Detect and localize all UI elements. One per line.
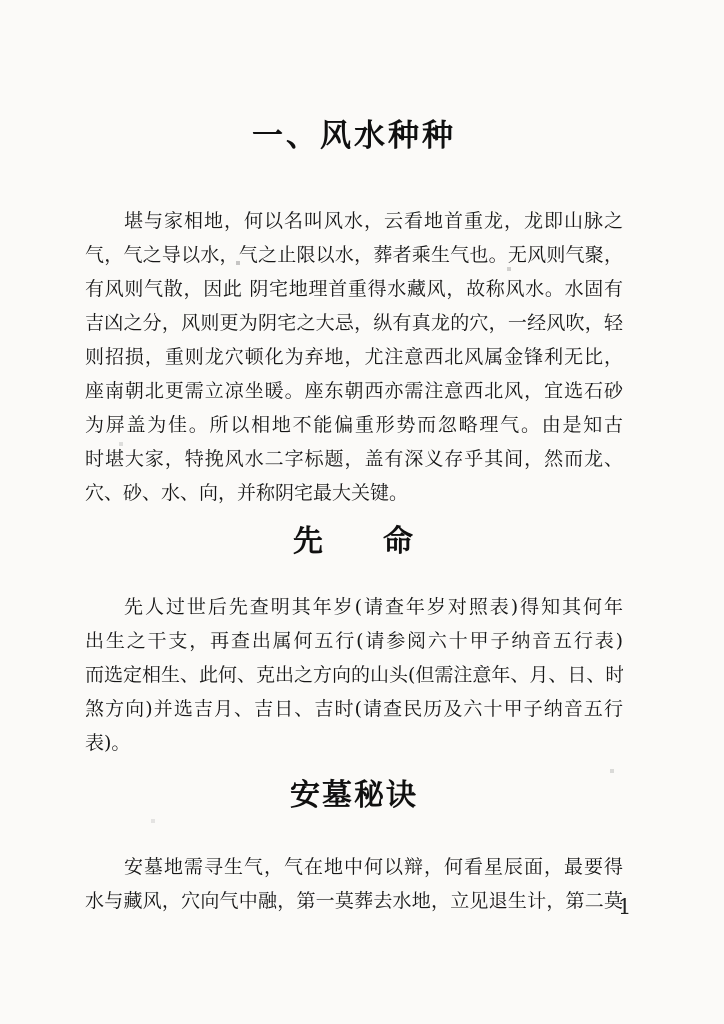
- section-fengshui: 堪与家相地，何以名叫风水，云看地首重龙，龙即山脉之气，气之导以水，气之止限以水，…: [85, 204, 724, 510]
- text-line: 时堪大家，特挽风水二字标题，盖有深义存乎其间，然而龙、: [85, 442, 623, 476]
- text-line: 表)。: [85, 726, 623, 760]
- text-line: 而选定相生、此何、克出之方向的山头(但需注意年、月、日、时: [85, 658, 623, 692]
- text-line: 吉凶之分，风则更为阴宅之大忌，纵有真龙的穴，一经风吹，轻: [85, 306, 623, 340]
- section-heading-anmu: 安墓秘诀: [85, 776, 623, 816]
- text-line: 座南朝北更需立凉坐暖。座东朝西亦需注意西北风，宜选石砂: [85, 374, 623, 408]
- text-line: 煞方向)并选吉月、吉日、吉时(请查民历及六十甲子纳音五行: [85, 692, 623, 726]
- paragraph-anmu: 安墓地需寻生气，气在地中何以辩，何看星辰面，最要得水与藏风，穴向气中融，第一莫葬…: [85, 850, 623, 918]
- text-line: 则招损，重则龙穴顿化为弃地，尤注意西北风属金锋利无比，: [85, 340, 623, 374]
- text-line: 气，气之导以水，气之止限以水，葬者乘生气也。无风则气聚，: [85, 238, 623, 272]
- text-line: 先人过世后先查明其年岁(请查年岁对照表)得知其何年: [85, 590, 623, 624]
- paragraph-fengshui: 堪与家相地，何以名叫风水，云看地首重龙，龙即山脉之气，气之导以水，气之止限以水，…: [85, 204, 623, 510]
- heading-word-ming: 命: [383, 522, 415, 562]
- text-line: 穴、砂、水、向，并称阴宅最大关键。: [85, 476, 623, 510]
- page-number: 1: [618, 893, 631, 921]
- heading-word-anmu: 安墓秘诀: [290, 776, 418, 816]
- section-heading-xianming: 先 命: [85, 522, 623, 562]
- paragraph-xianming: 先人过世后先查明其年岁(请查年岁对照表)得知其何年出生之干支，再查出属何五行(请…: [85, 590, 623, 760]
- heading-word-xian: 先: [293, 522, 325, 562]
- section-xianming: 先 命 先人过世后先查明其年岁(请查年岁对照表)得知其何年出生之干支，再查出属何…: [85, 522, 724, 760]
- text-line: 堪与家相地，何以名叫风水，云看地首重龙，龙即山脉之: [85, 204, 623, 238]
- text-line: 出生之干支，再查出属何五行(请参阅六十甲子纳音五行表): [85, 624, 623, 658]
- book-page: 一、风水种种 堪与家相地，何以名叫风水，云看地首重龙，龙即山脉之气，气之导以水，…: [0, 0, 724, 1024]
- text-line: 有风则气散，因此 阴宅地理首重得水藏风，故称风水。水固有: [85, 272, 623, 306]
- chapter-title: 一、风水种种: [85, 0, 623, 158]
- scan-noise: [0, 0, 2, 2]
- text-line: 安墓地需寻生气，气在地中何以辩，何看星辰面，最要得: [85, 850, 623, 884]
- text-line: 水与藏风，穴向气中融，第一莫葬去水地，立见退生计，第二莫: [85, 884, 623, 918]
- text-line: 为屏盖为佳。所以相地不能偏重形势而忽略理气。由是知古: [85, 408, 623, 442]
